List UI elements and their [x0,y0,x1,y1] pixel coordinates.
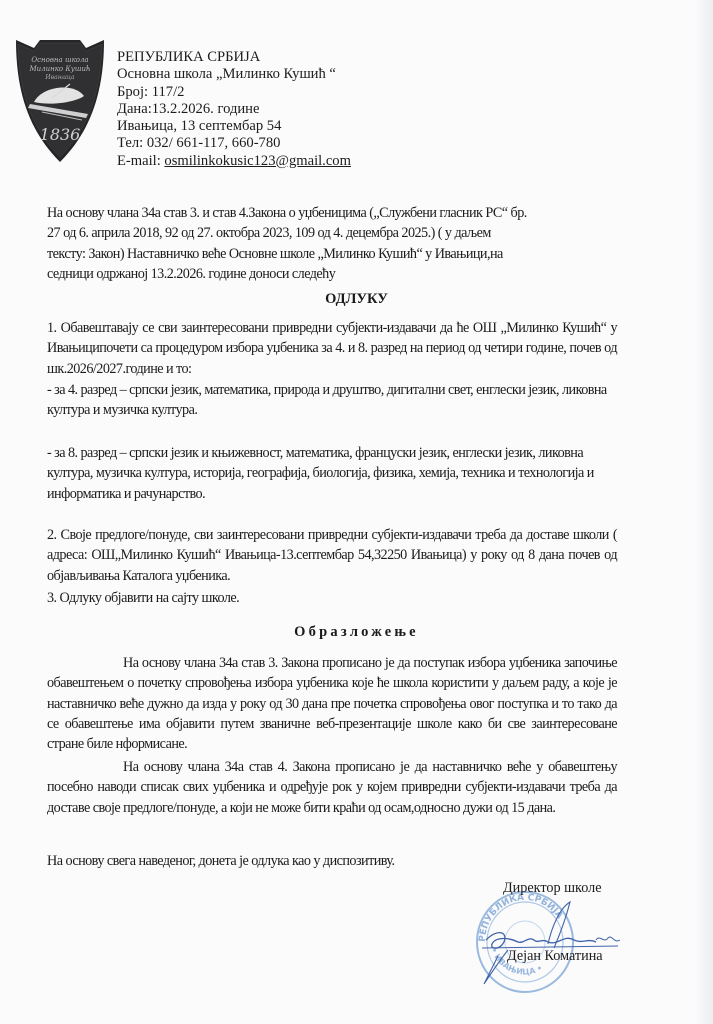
decision-title: ОДЛУКУ [0,291,713,308]
country-name: РЕПУБЛИКА СРБИЈА [117,49,351,66]
explanation-paragraph-1: На основу члана 34а став 3. Закона пропи… [47,653,617,754]
decision-item-3: 3. Одлуку објавити на сајту школе. [47,588,617,608]
decision-item-2: 2. Своје предлоге/понуде, сви заинтересо… [47,525,617,586]
email-label: E-mail: [117,153,164,169]
scan-edge-shadow [695,0,713,1024]
handwritten-signature-icon [478,898,628,988]
intro-line: 27 од 6. априла 2018, 92 од 27. октобра … [47,223,617,243]
intro-line: тексту: Закон) Наставничко веће Основне … [47,244,617,264]
grade-8-subjects: - за 8. разред – српски језик и књижевно… [47,443,617,504]
grade-4-subjects: - за 4. разред – српски језик, математик… [47,380,617,421]
intro-line: седници одржаној 13.2.2026. године донос… [47,264,617,284]
director-name: Дејан Коматина [507,948,603,965]
svg-text:Ивањица: Ивањица [44,74,75,81]
signature-title: Директор школе [503,880,602,897]
conclusion-paragraph: На основу свега наведеног, донета је одл… [47,851,617,871]
school-name: Основна школа „Милинко Кушић “ [117,66,351,83]
svg-text:Основна школа: Основна школа [31,56,88,64]
school-address: Ивањица, 13 септембар 54 [117,118,351,135]
explanation-paragraph-2: На основу члана 34а став 4. Закона пропи… [47,757,617,818]
intro-paragraph: На основу члана 34а став 3. и став 4.Зак… [47,203,617,284]
school-email-line: E-mail: osmilinkokusic123@gmail.com [117,153,351,170]
document-page: Основна школа Милинко Кушић Ивањица 1836… [0,0,713,1024]
crest-year: 1836 [40,125,81,144]
document-number: Број: 117/2 [117,84,351,101]
school-crest-icon: Основна школа Милинко Кушић Ивањица 1836 [12,36,108,164]
email-link[interactable]: osmilinkokusic123@gmail.com [164,153,351,169]
school-phone: Тел: 032/ 661-117, 660-780 [117,135,351,152]
explanation-title: Образложење [0,624,713,641]
decision-item-1: 1. Обавештавају се сви заинтересовани пр… [47,318,617,379]
document-date: Дана:13.2.2026. године [117,101,351,118]
school-letterhead: РЕПУБЛИКА СРБИЈА Основна школа „Милинко … [117,49,351,170]
svg-text:Милинко Кушић: Милинко Кушић [29,65,91,73]
intro-line: На основу члана 34а став 3. и став 4.Зак… [47,203,617,223]
